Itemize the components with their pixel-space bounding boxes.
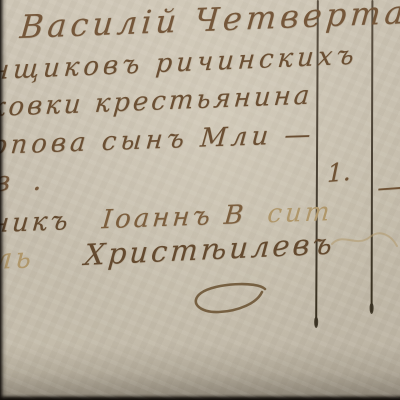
manuscript-line-1: Василій Четвертаков: [18, 0, 400, 46]
entry-dash: —: [376, 169, 400, 204]
manuscript-line-2: нщиковъ ричинскихъ: [0, 41, 359, 86]
faded-ink-flourish: [330, 224, 400, 256]
manuscript-line-3: ковки крестьянина: [0, 81, 314, 123]
manuscript-photo: Василій Четвертаков нщиковъ ричинскихъ к…: [0, 0, 400, 400]
table-rule-line-right: [371, 0, 374, 312]
manuscript-word: Іоаннъ В: [101, 200, 248, 235]
manuscript-word-faded: сит: [266, 197, 334, 229]
photo-edge-bottom: [0, 396, 400, 400]
manuscript-line-5-fragment: в .: [0, 164, 44, 198]
manuscript-word: никъ: [0, 206, 72, 239]
manuscript-line-4: рпова сынъ Мли —: [0, 120, 316, 161]
entry-number: 1.: [327, 157, 351, 188]
ink-flourish: [191, 282, 269, 318]
manuscript-word-faded: ль: [0, 240, 36, 276]
